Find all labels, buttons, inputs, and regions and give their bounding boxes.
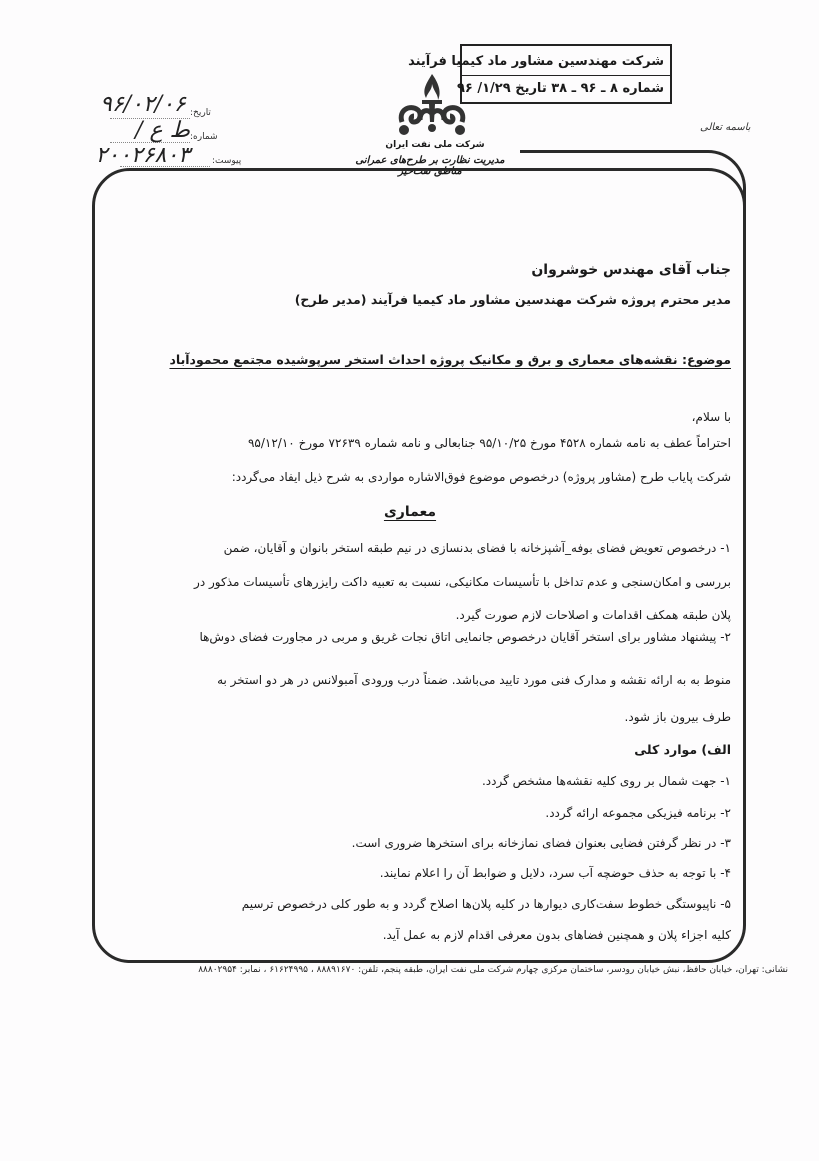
item-1-line-3: پلان طبقه همکف اقدامات و اصلاحات لازم صو…: [456, 608, 731, 622]
date-label: تاریخ:: [190, 108, 211, 118]
date-handwritten: ۹۶/۰۲/۰۶: [100, 92, 186, 117]
stamp-number-date: شماره ۸ ـ ۹۶ ـ ۳۸ تاریخ ۱/۲۹/ ۹۶: [468, 76, 664, 102]
general-item-5-line-2: کلیه اجزاء پلان و همچنین فضاهای بدون معر…: [383, 928, 731, 942]
general-item-4: ۴- با توجه به حذف حوضچه آب سرد، دلایل و …: [380, 866, 731, 880]
item-2-line-2: منوط به به ارائه نقشه و مدارک فنی مورد ت…: [217, 673, 731, 687]
logo-caption: شرکت ملی نفت ایران: [380, 140, 490, 150]
subject: موضوع: نقشه‌های معماری و برق و مکانیک پر…: [169, 352, 731, 367]
general-item-1: ۱- جهت شمال بر روی کلیه نقشه‌ها مشخص گرد…: [482, 774, 731, 788]
received-stamp: شرکت مهندسین مشاور ماد کیمیا فرآیند شمار…: [460, 44, 672, 104]
attachment-line: [120, 166, 210, 167]
item-1-line-1: ۱- درخصوص تعویض فضای بوفه_آشپزخانه با فض…: [224, 541, 731, 555]
general-item-5-line-1: ۵- ناپیوستگی خطوط سفت‌کاری دیوارها در کل…: [242, 897, 731, 911]
section-heading-architecture: معماری: [330, 504, 490, 520]
stamp-company: شرکت مهندسین مشاور ماد کیمیا فرآیند: [468, 49, 664, 75]
general-item-3: ۳- در نظر گرفتن فضایی بعنوان فضای نمازخا…: [352, 836, 731, 850]
intro-line-2: شرکت پایاب طرح (مشاور پروژه) درخصوص موضو…: [232, 470, 731, 484]
recipient-title: مدیر محترم پروژه شرکت مهندسین مشاور ماد …: [295, 292, 731, 307]
intro-line-1: احتراماً عطف به نامه شماره ۴۵۲۸ مورخ ۹۵/…: [248, 436, 731, 450]
footer-address: نشانی: تهران، خیابان حافظ، نبش خیابان رو…: [58, 965, 788, 975]
item-2-line-3: طرف بیرون باز شود.: [625, 710, 731, 724]
greeting: با سلام،: [692, 410, 731, 424]
nioc-flame-logo-icon: [392, 70, 472, 140]
attachment-label: پیوست:: [212, 156, 241, 166]
basmala: باسمه تعالی: [700, 122, 751, 133]
recipient: جناب آقای مهندس خوشروان: [531, 262, 731, 278]
subsection-heading-general: الف) موارد کلی: [634, 742, 731, 757]
general-item-2: ۲- برنامه فیزیکی مجموعه ارائه گردد.: [545, 806, 731, 820]
item-1-line-2: بررسی و امکان‌سنجی و عدم تداخل با تأسیسا…: [194, 575, 731, 589]
number-label: شماره:: [190, 132, 218, 142]
item-2-line-1: ۲- پیشنهاد مشاور برای استخر آقایان درخصو…: [199, 630, 731, 644]
number-handwritten: ط ع / ۲۰۰۲۶۸۰۳: [56, 118, 190, 168]
